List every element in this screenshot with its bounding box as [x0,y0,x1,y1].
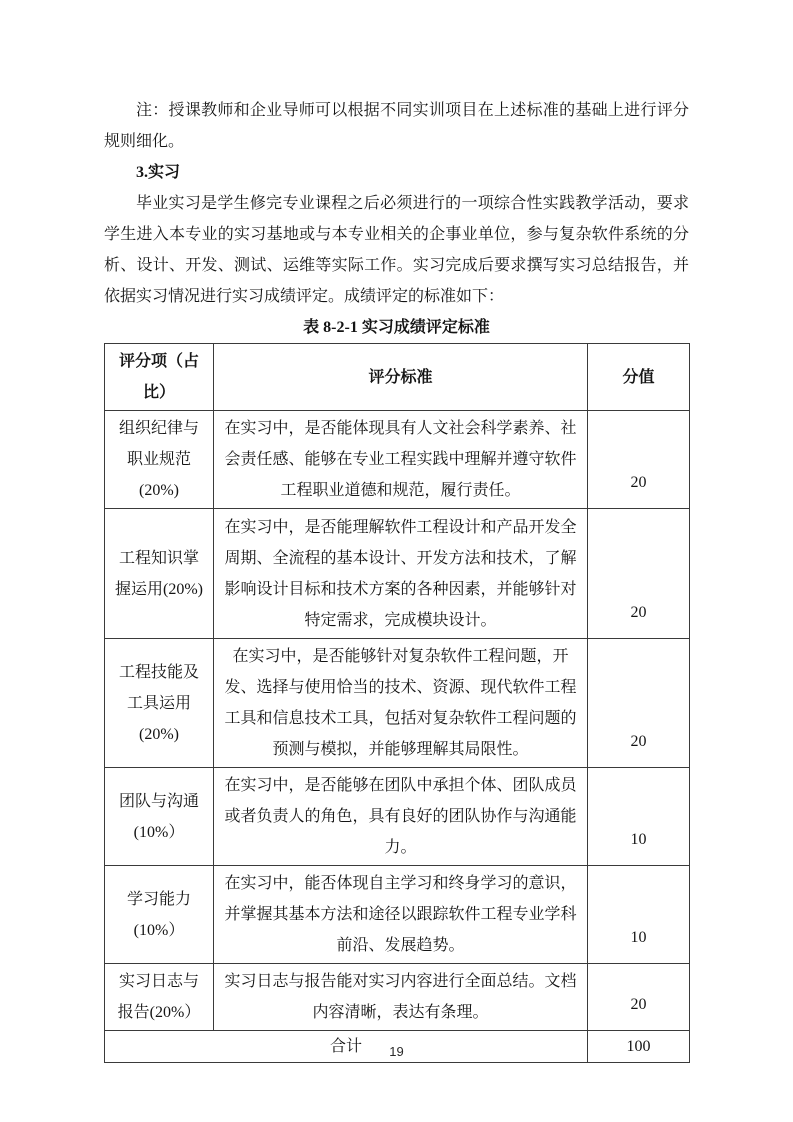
score-cell: 20 [588,639,690,768]
header-standard-cell: 评分标准 [214,344,588,411]
score-cell: 20 [588,509,690,639]
table-header-row: 评分项（占 比） 评分标准 分值 [105,344,690,411]
criteria-standard-cell: 在实习中，是否能体现具有人文社会科学素养、社会责任感、能够在专业工程实践中理解并… [214,411,588,509]
grading-table: 评分项（占 比） 评分标准 分值 组织纪律与 职业规范 (20%) 在实习中，是… [104,343,690,1063]
score-cell: 10 [588,768,690,866]
criteria-name-cell: 团队与沟通 (10%） [105,768,214,866]
table-row: 组织纪律与 职业规范 (20%) 在实习中，是否能体现具有人文社会科学素养、社会… [105,411,690,509]
page-content: 注：授课教师和企业导师可以根据不同实训项目在上述标准的基础上进行评分规则细化。 … [104,95,689,1063]
table-row: 工程技能及 工具运用 (20%) 在实习中，是否能够针对复杂软件工程问题，开发、… [105,639,690,768]
score-cell: 20 [588,411,690,509]
criteria-name-cell: 工程知识掌 握运用(20%) [105,509,214,639]
criteria-standard-cell: 在实习中，是否能够在团队中承担个体、团队成员或者负责人的角色，具有良好的团队协作… [214,768,588,866]
criteria-standard-cell: 在实习中，是否能够针对复杂软件工程问题，开发、选择与使用恰当的技术、资源、现代软… [214,639,588,768]
criteria-name-cell: 实习日志与 报告(20%） [105,964,214,1031]
section-heading: 3.实习 [104,157,689,188]
criteria-name-cell: 学习能力 (10%） [105,866,214,964]
criteria-standard-cell: 在实习中，能否体现自主学习和终身学习的意识，并掌握其基本方法和途径以跟踪软件工程… [214,866,588,964]
intro-paragraph: 毕业实习是学生修完专业课程之后必须进行的一项综合性实践教学活动，要求学生进入本专… [104,188,689,312]
criteria-name-cell: 组织纪律与 职业规范 (20%) [105,411,214,509]
note-paragraph: 注：授课教师和企业导师可以根据不同实训项目在上述标准的基础上进行评分规则细化。 [104,95,689,157]
header-item-cell: 评分项（占 比） [105,344,214,411]
score-cell: 10 [588,866,690,964]
header-score-cell: 分值 [588,344,690,411]
criteria-name-cell: 工程技能及 工具运用 (20%) [105,639,214,768]
table-row: 工程知识掌 握运用(20%) 在实习中，是否能理解软件工程设计和产品开发全周期、… [105,509,690,639]
table-caption: 表 8-2-1 实习成绩评定标准 [104,312,689,343]
criteria-standard-cell: 实习日志与报告能对实习内容进行全面总结。文档内容清晰，表达有条理。 [214,964,588,1031]
page-number: 19 [0,1044,793,1059]
criteria-standard-cell: 在实习中，是否能理解软件工程设计和产品开发全周期、全流程的基本设计、开发方法和技… [214,509,588,639]
score-cell: 20 [588,964,690,1031]
table-row: 团队与沟通 (10%） 在实习中，是否能够在团队中承担个体、团队成员或者负责人的… [105,768,690,866]
table-row: 学习能力 (10%） 在实习中，能否体现自主学习和终身学习的意识，并掌握其基本方… [105,866,690,964]
table-row: 实习日志与 报告(20%） 实习日志与报告能对实习内容进行全面总结。文档内容清晰… [105,964,690,1031]
